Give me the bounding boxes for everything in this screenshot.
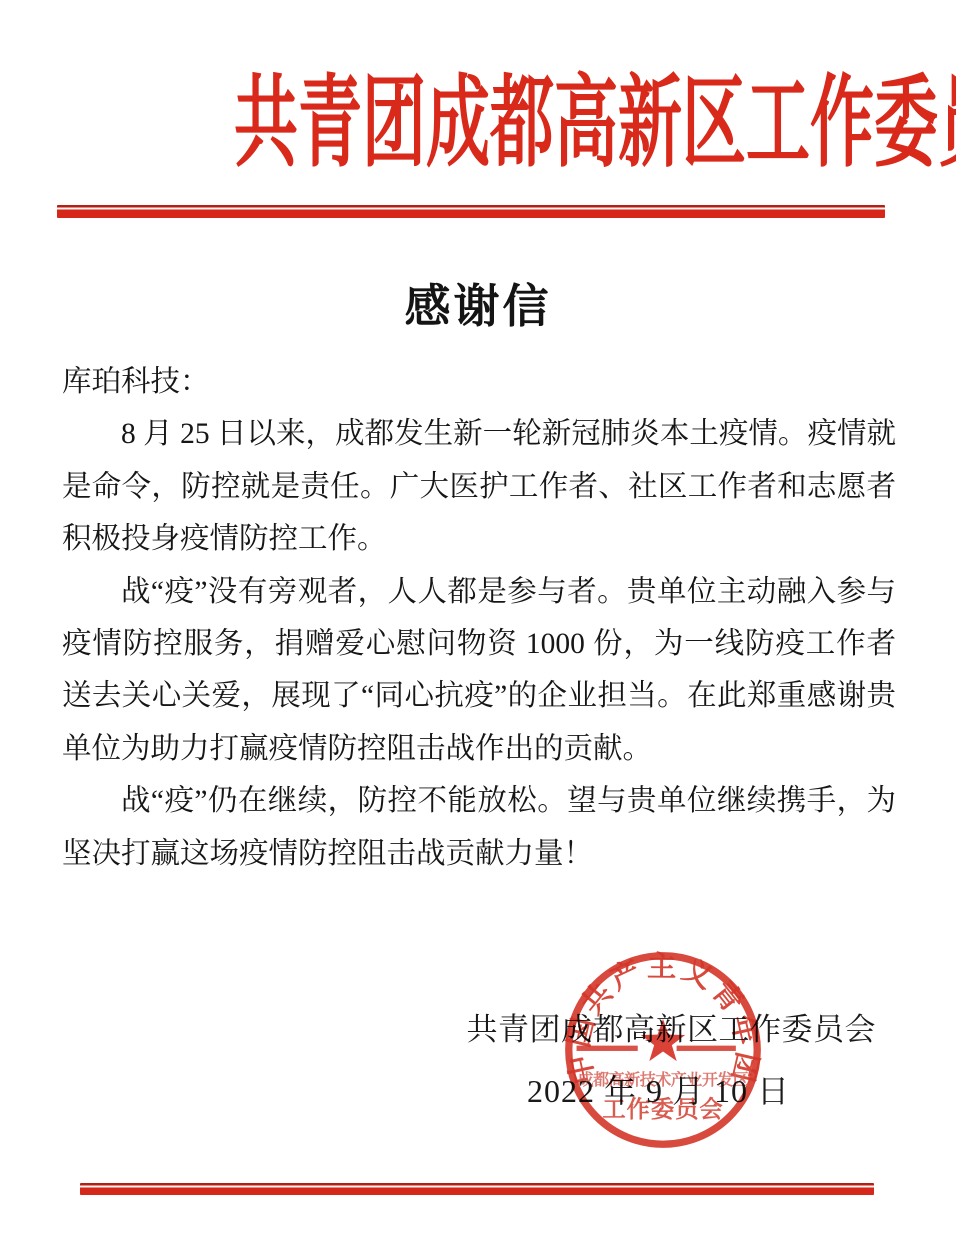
seal-middle-text: 成都高新技术产业开发区: [578, 1070, 749, 1089]
masthead: 共青团成都高新区工作委员会: [0, 74, 956, 174]
seal-star-icon: [641, 1019, 685, 1061]
svg-text:中国共产主义青年团: 中国共产主义青年团: [562, 950, 765, 1089]
seal-bottom-text: 工作委员会: [602, 1095, 723, 1123]
letter-title: 感谢信: [0, 270, 956, 336]
footer-divider-line: [80, 1183, 874, 1195]
salutation: 库珀科技：: [62, 356, 896, 408]
paragraph-3: 战“疫”仍在继续，防控不能放松。望与贵单位继续携手，为坚决打赢这场疫情防控阻击战…: [62, 775, 896, 880]
paragraph-1: 8 月 25 日以来，成都发生新一轮新冠肺炎本土疫情。疫情就是命令，防控就是责任…: [62, 408, 896, 565]
paragraph-2: 战“疫”没有旁观者，人人都是参与者。贵单位主动融入参与疫情防控服务，捐赠爱心慰问…: [62, 566, 896, 776]
seal-bar-left: [577, 1046, 638, 1051]
seal-arc-text: 中国共产主义青年团: [562, 950, 765, 1089]
official-seal: 中国共产主义青年团 成都高新技术产业开发区 工作委员会: [561, 944, 765, 1156]
masthead-org-title: 共青团成都高新区工作委员会: [234, 74, 956, 174]
thank-you-letter-page: 共青团成都高新区工作委员会 感谢信 库珀科技： 8 月 25 日以来，成都发生新…: [0, 0, 956, 1242]
seal-bar-right: [677, 1046, 736, 1051]
letter-body: 库珀科技： 8 月 25 日以来，成都发生新一轮新冠肺炎本土疫情。疫情就是命令，…: [62, 356, 896, 880]
masthead-divider-line: [57, 205, 885, 218]
